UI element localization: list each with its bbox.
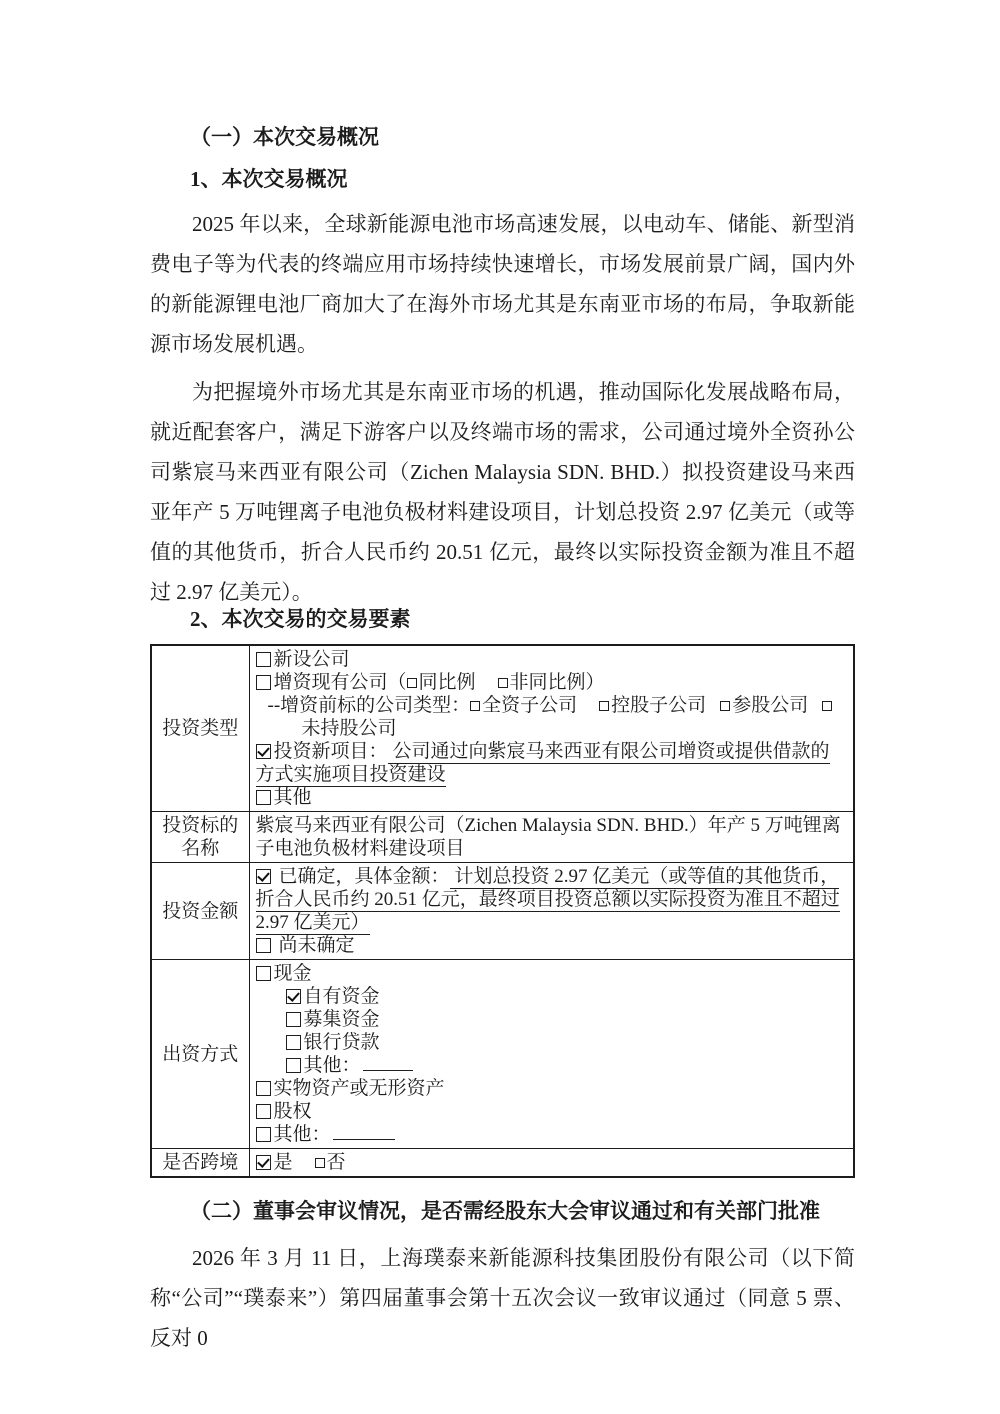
checkbox-own-funds-icon [286,989,301,1004]
option-label: 全资子公司 [482,695,577,716]
row-label-cross-border: 是否跨境 [151,1149,249,1178]
checkbox-cross-border-no-icon [315,1158,325,1168]
transaction-elements-table: 投资类型 新设公司 增资现有公司（同比例非同比例） --增资前标的公司类型：全资… [150,644,855,1178]
option-label: 自有资金 [304,986,380,1007]
option-amount-confirmed: 已确定，具体金额：计划总投资 2.97 亿美元（或等值的其他货币，折合人民币约 … [256,865,847,934]
target-name-value: 紫宸马来西亚有限公司（Zichen Malaysia SDN. BHD.）年产 … [256,814,847,860]
checkbox-cross-border-yes-icon [256,1155,271,1170]
option-label: 其他 [274,787,312,808]
checkbox-wholly-owned-icon [470,701,480,711]
option-capital-increase: 增资现有公司（同比例非同比例） [256,671,847,694]
option-new-project: 投资新项目：公司通过向紫宸马来西亚有限公司增资或提供借款的方式实施项目投资建设 [256,740,847,786]
row-label-amount: 投资金额 [151,863,249,960]
option-funding-other: 其他： [256,1123,847,1146]
section-2-heading: （二）董事会审议情况，是否需经股东大会审议通过和有关部门批准 [150,1196,855,1226]
option-physical-assets: 实物资产或无形资产 [256,1077,847,1100]
option-label: 未持股公司 [302,718,397,739]
option-other-type: 其他 [256,786,847,809]
option-new-company: 新设公司 [256,648,847,671]
option-label: 新设公司 [274,649,350,670]
checkbox-diff-ratio-icon [498,678,508,688]
paragraph-investment-plan: 为把握境外市场尤其是东南亚市场的机遇，推动国际化发展战略布局，就近配套客户，满足… [150,372,855,612]
checkbox-bank-loan-icon [286,1035,301,1050]
option-raised-funds: 募集资金 [286,1008,847,1031]
checkbox-new-company-icon [256,652,271,667]
checkbox-other-type-icon [256,790,271,805]
option-cross-border: 是否 [256,1151,847,1174]
option-label: 否 [327,1152,346,1173]
subsection-2-heading: 2、本次交易的交易要素 [150,604,855,634]
checkbox-cash-other-icon [286,1058,301,1073]
checkbox-capital-increase-icon [256,675,271,690]
checkbox-holding-subsidiary-icon [599,701,609,711]
table-row-cross-border: 是否跨境 是否 [151,1149,854,1178]
option-label: 实物资产或无形资产 [274,1078,445,1099]
option-label: 同比例 [419,672,476,693]
option-amount-unconfirmed: 尚未确定 [256,934,847,957]
blank-underline [363,1057,413,1071]
table-row-amount: 投资金额 已确定，具体金额：计划总投资 2.97 亿美元（或等值的其他货币，折合… [151,863,854,960]
checkbox-no-shareholding-icon [822,701,832,711]
checkbox-participating-icon [720,701,730,711]
table-row-invest-type: 投资类型 新设公司 增资现有公司（同比例非同比例） --增资前标的公司类型：全资… [151,645,854,812]
row-label-target-name: 投资标的名称 [151,812,249,863]
document-page: （一）本次交易概况 1、本次交易概况 2025 年以来，全球新能源电池市场高速发… [0,0,1000,1414]
option-label: 已确定，具体金额： [279,866,450,887]
checkbox-amount-confirmed-icon [256,869,271,884]
option-cash-other: 其他： [286,1054,847,1077]
checkbox-new-project-icon [256,744,271,759]
option-target-company-type: --增资前标的公司类型：全资子公司控股子公司参股公司未持股公司 [256,694,847,740]
option-own-funds: 自有资金 [286,985,847,1008]
option-label: 其他： [304,1055,361,1076]
option-label: 增资现有公司（ [274,672,407,693]
option-label: 股权 [274,1101,312,1122]
option-label: 现金 [274,963,312,984]
subsection-1-heading: 1、本次交易概况 [150,164,855,194]
option-label: 其他： [274,1124,331,1145]
row-label-funding-method: 出资方式 [151,960,249,1149]
checkbox-amount-unconfirmed-icon [256,938,271,953]
option-bank-loan: 银行贷款 [286,1031,847,1054]
checkbox-equity-icon [256,1104,271,1119]
checkbox-physical-assets-icon [256,1081,271,1096]
checkbox-funding-other-icon [256,1127,271,1142]
option-label: 投资新项目： [274,741,388,762]
option-label: 参股公司 [732,695,808,716]
option-label: 非同比例） [510,672,605,693]
paragraph-board-meeting: 2026 年 3 月 11 日，上海璞泰来新能源科技集团股份有限公司（以下简称“… [150,1238,855,1358]
option-label: --增资前标的公司类型： [268,695,471,716]
option-label: 银行贷款 [304,1032,380,1053]
option-label: 募集资金 [304,1009,380,1030]
checkbox-cash-icon [256,966,271,981]
option-label: 控股子公司 [611,695,706,716]
checkbox-same-ratio-icon [407,678,417,688]
row-label-invest-type: 投资类型 [151,645,249,812]
blank-underline [333,1126,395,1140]
option-label: 尚未确定 [279,935,355,956]
section-1-heading: （一）本次交易概况 [150,122,855,152]
option-equity: 股权 [256,1100,847,1123]
option-cash: 现金 [256,962,847,985]
paragraph-market-overview: 2025 年以来，全球新能源电池市场高速发展，以电动车、储能、新型消费电子等为代… [150,204,855,364]
checkbox-raised-funds-icon [286,1012,301,1027]
table-row-funding-method: 出资方式 现金 自有资金 募集资金 银行贷款 其他： [151,960,854,1149]
option-label: 是 [274,1152,293,1173]
table-row-target-name: 投资标的名称 紫宸马来西亚有限公司（Zichen Malaysia SDN. B… [151,812,854,863]
